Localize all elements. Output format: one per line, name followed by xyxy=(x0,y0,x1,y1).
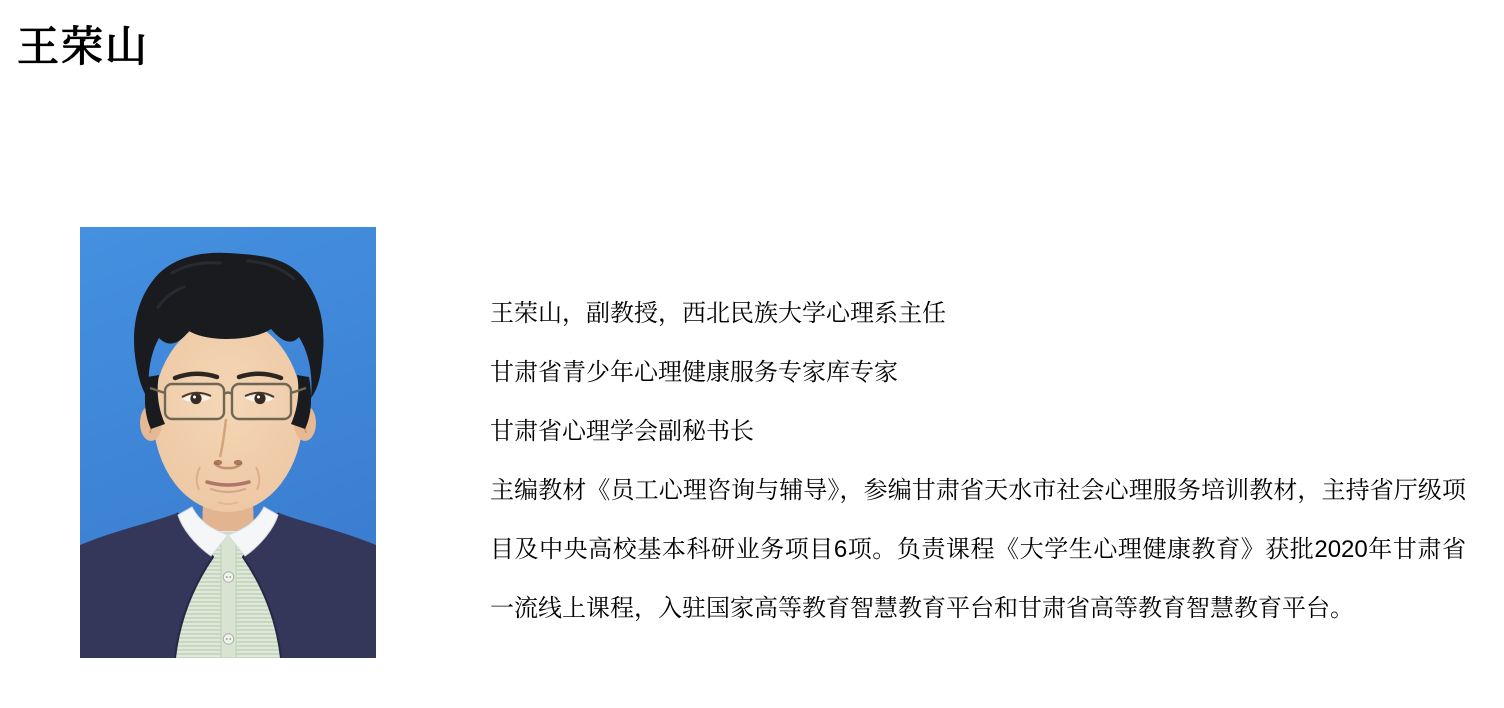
shirt-button xyxy=(223,634,233,644)
bio-line-expert: 甘肃省青少年心理健康服务专家库专家 xyxy=(490,343,1466,402)
profile-photo xyxy=(80,227,376,658)
bio-line-position: 王荣山，副教授，西北民族大学心理系主任 xyxy=(490,284,1466,343)
bio-line-society: 甘肃省心理学会副秘书长 xyxy=(490,402,1466,461)
page-title: 王荣山 xyxy=(17,22,149,72)
bio-paragraph-achievements: 主编教材《员工心理咨询与辅导》，参编甘肃省天水市社会心理服务培训教材，主持省厅级… xyxy=(490,461,1466,638)
portrait-illustration xyxy=(80,227,376,658)
shirt-button xyxy=(223,572,233,582)
bio-text-block: 王荣山，副教授，西北民族大学心理系主任 甘肃省青少年心理健康服务专家库专家 甘肃… xyxy=(490,284,1466,638)
